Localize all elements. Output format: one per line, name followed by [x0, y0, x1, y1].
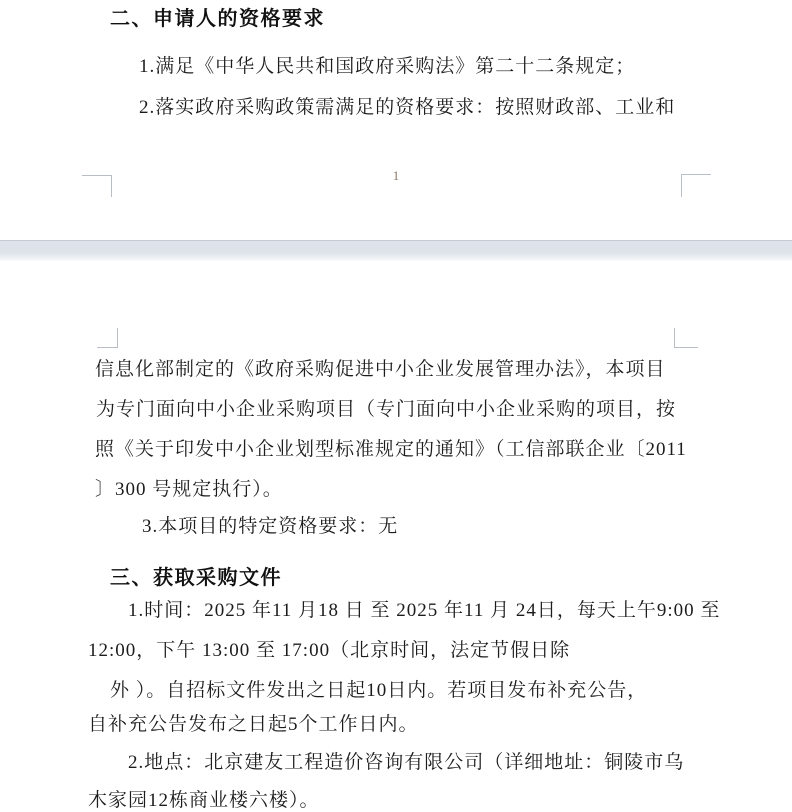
margin-corner-mark-top-left-v: [117, 328, 118, 348]
doc-text-line[interactable]: 照《关于印发中小企业划型标准规定的通知》（工信部联企业〔2011: [95, 439, 687, 460]
doc-text-line-location[interactable]: 2.地点：北京建友工程造价咨询有限公司（详细地址：铜陵市乌: [128, 752, 684, 773]
page-1-region[interactable]: 二、申请人的资格要求 1.满足《中华人民共和国政府采购法》第二十二条规定； 2.…: [0, 0, 792, 240]
footer-page-number: 1: [0, 168, 792, 184]
margin-corner-mark-top-right-v: [674, 328, 675, 348]
margin-corner-mark-top-right-h: [674, 347, 698, 348]
doc-text-line[interactable]: 外 ）。自招标文件发出之日起10日内。若项目发布补充公告，: [110, 680, 647, 701]
section-heading-applicant-qualifications[interactable]: 二、申请人的资格要求: [110, 8, 325, 31]
page-separator: [0, 240, 792, 261]
doc-text-line-time[interactable]: 1.时间：2025 年11 月18 日 至 2025 年11 月 24日，每天上…: [128, 600, 720, 621]
margin-corner-mark-top-left-h: [97, 347, 118, 348]
doc-text-line[interactable]: 信息化部制定的《政府采购促进中小企业发展管理办法》，本项目: [95, 359, 666, 380]
doc-text-line[interactable]: 木家园12栋商业楼六楼）。: [88, 790, 320, 811]
doc-text-line[interactable]: 12:00，下午 13:00 至 17:00（北京时间，法定节假日除: [88, 640, 570, 661]
doc-text-line[interactable]: 为专门面向中小企业采购项目（专门面向中小企业采购的项目，按: [96, 399, 676, 420]
doc-text-line[interactable]: 2.落实政府采购政策需满足的资格要求：按照财政部、工业和: [139, 97, 675, 118]
doc-text-line[interactable]: 1.满足《中华人民共和国政府采购法》第二十二条规定；: [139, 56, 635, 77]
doc-text-line-item3[interactable]: 3.本项目的特定资格要求：无: [142, 516, 398, 537]
section-heading-obtain-procurement-documents[interactable]: 三、获取采购文件: [110, 567, 282, 590]
doc-text-line[interactable]: 〕300 号规定执行）。: [95, 479, 283, 500]
document-viewport: 二、申请人的资格要求 1.满足《中华人民共和国政府采购法》第二十二条规定； 2.…: [0, 0, 792, 812]
doc-text-line[interactable]: 自补充公告发布之日起5个工作日内。: [88, 714, 419, 735]
